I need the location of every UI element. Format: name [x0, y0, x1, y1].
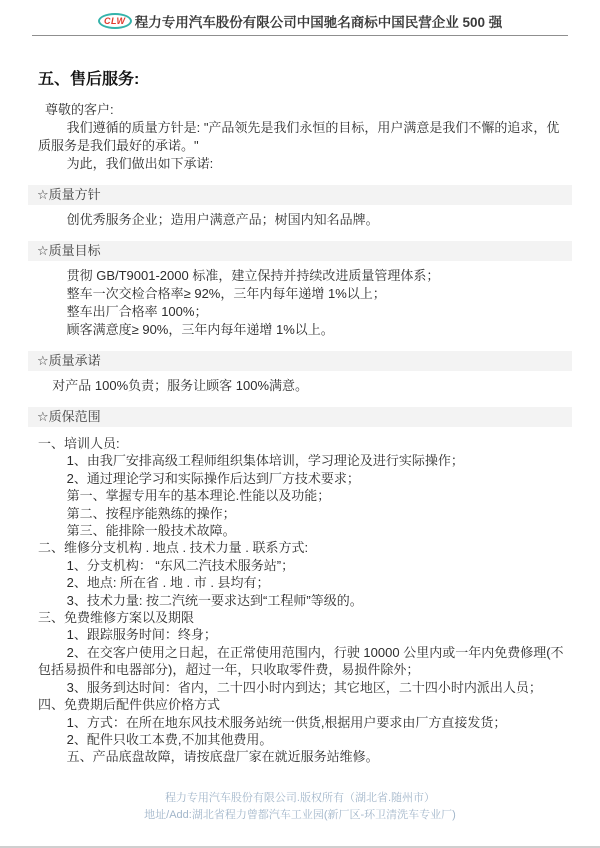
section-line: 贯彻 GB/T9001-2000 标准，建立保持并持续改进质量管理体系；: [38, 267, 570, 285]
section-warranty-scope: ☆质保范围: [0, 407, 600, 427]
section-line: 创优秀服务企业；造用户满意产品；树国内知名品牌。: [38, 211, 570, 229]
list-item: 1、方式：在所在地东风技术服务站统一供货,根据用户要求由厂方直接发货；: [38, 714, 570, 731]
section-line: 对产品 100%负责；服务让顾客 100%满意。: [38, 377, 570, 395]
list-item: 二、维修分支机构 . 地点 . 技术力量 . 联系方式:: [38, 539, 570, 556]
warranty-list: 一、培训人员: 1、由我厂安排高级工程师组织集体培训，学习理论及进行实际操作； …: [0, 435, 600, 766]
list-item: 五、产品底盘故障，请按底盘厂家在就近服务站维修。: [38, 748, 570, 765]
list-item: 四、免费期后配件供应价格方式: [38, 696, 570, 713]
salutation: 尊敬的客户:: [38, 101, 570, 119]
header-row: CLW 程力专用汽车股份有限公司中国驰名商标中国民营企业 500 强: [0, 11, 600, 31]
company-name: 程力专用汽车股份有限公司中国驰名商标中国民营企业 500 强: [135, 11, 503, 31]
commitment-lead-in: 为此，我们做出如下承诺:: [38, 155, 570, 173]
list-item: 1、分支机构： “东风二汽技术服务站”；: [38, 557, 570, 574]
list-item: 2、在交客户使用之日起，在正常使用范围内，行驶 10000 公里内或一年内免费修…: [38, 644, 570, 679]
list-item: 三、免费维修方案以及期限: [38, 609, 570, 626]
page-footer: 程力专用汽车股份有限公司.版权所有（湖北省.随州市） 地址/Add:湖北省程力曾…: [0, 790, 600, 824]
document-page: CLW 程力专用汽车股份有限公司中国驰名商标中国民营企业 500 强 五、售后服…: [0, 0, 600, 848]
list-item: 第三、能排除一般技术故障。: [38, 522, 570, 539]
clw-logo-icon: CLW: [98, 13, 132, 29]
section-quality-policy: ☆质量方针 创优秀服务企业；造用户满意产品；树国内知名品牌。: [0, 185, 600, 229]
list-item: 第一、掌握专用车的基本理论.性能以及功能；: [38, 487, 570, 504]
section-line: 整车出厂合格率 100%；: [38, 303, 570, 321]
page-title: 五、售后服务:: [38, 70, 562, 90]
section-line: 顾客满意度≥ 90%，三年内每年递增 1%以上。: [38, 321, 570, 339]
list-item: 1、由我厂安排高级工程师组织集体培训，学习理论及进行实际操作；: [38, 452, 570, 469]
list-item: 2、地点: 所在省 . 地 . 市 . 县均有；: [38, 574, 570, 591]
section-quality-goals: ☆质量目标 贯彻 GB/T9001-2000 标准，建立保持并持续改进质量管理体…: [0, 241, 600, 339]
list-item: 3、服务到达时间：省内，二十四小时内到达；其它地区，二十四小时内派出人员；: [38, 679, 570, 696]
section-heading-quality-commitment: ☆质量承诺: [28, 351, 572, 371]
list-item: 一、培训人员:: [38, 435, 570, 452]
section-line: 整车一次交检合格率≥ 92%，三年内每年递增 1%以上；: [38, 285, 570, 303]
section-heading-warranty-scope: ☆质保范围: [28, 407, 572, 427]
list-item: 2、配件只收工本费,不加其他费用。: [38, 731, 570, 748]
list-item: 1、跟踪服务时间：终身；: [38, 626, 570, 643]
address-line: 地址/Add:湖北省程力曾都汽车工业园(新厂区-环卫清洗车专业厂): [0, 807, 600, 824]
copyright-line: 程力专用汽车股份有限公司.版权所有（湖北省.随州市）: [0, 790, 600, 807]
section-quality-commitment: ☆质量承诺 对产品 100%负责；服务让顾客 100%满意。: [0, 351, 600, 395]
header-divider: [32, 35, 568, 36]
list-item: 2、通过理论学习和实际操作后达到厂方技术要求；: [38, 470, 570, 487]
section-heading-quality-goals: ☆质量目标: [28, 241, 572, 261]
list-item: 第二、按程序能熟练的操作；: [38, 505, 570, 522]
quality-policy-statement: 我们遵循的质量方针是: "产品领先是我们永恒的目标，用户满意是我们不懈的追求，优…: [38, 119, 570, 155]
section-heading-quality-policy: ☆质量方针: [28, 185, 572, 205]
page-header: CLW 程力专用汽车股份有限公司中国驰名商标中国民营企业 500 强: [0, 0, 600, 36]
list-item: 3、技术力量: 按二汽统一要求达到“工程师”等级的。: [38, 592, 570, 609]
